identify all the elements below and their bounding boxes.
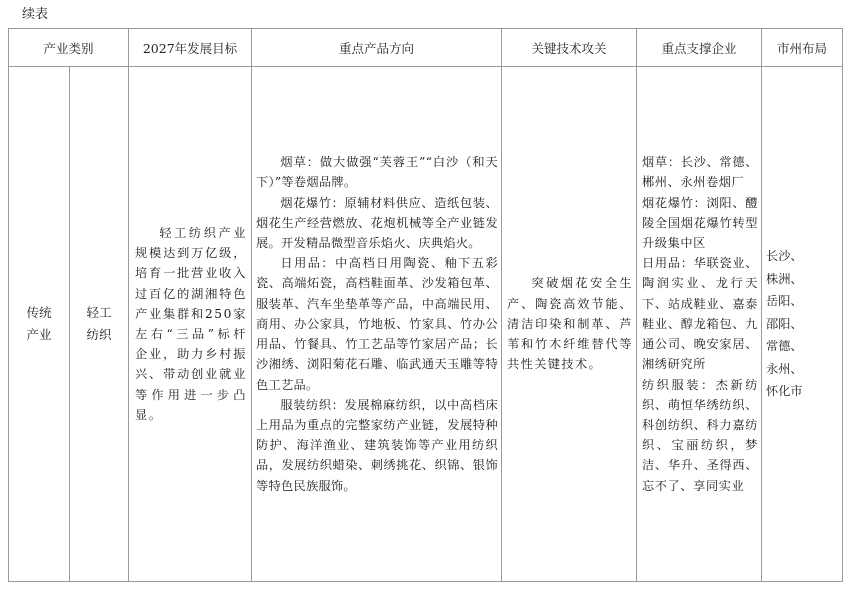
header-key-tech: 关键技术攻关 xyxy=(502,29,637,67)
header-category: 产业类别 xyxy=(9,29,129,67)
category-sub-line: 纺织 xyxy=(70,324,128,346)
category-main-line: 产业 xyxy=(9,324,69,346)
category-sub-line: 轻工 xyxy=(70,302,128,324)
product-paragraph-fireworks: 烟花爆竹：原辅材料供应、造纸包装、烟花生产经营燃放、花炮机械等全产业链发展。开发… xyxy=(256,193,498,254)
table-header-row: 产业类别 2027年发展目标 重点产品方向 关键技术攻关 重点支撑企业 市州布局 xyxy=(9,29,843,67)
key-tech-cell: 突破烟花安全生产、陶瓷高效节能、清洁印染和制革、芦苇和竹木纤维替代等共性关键技术… xyxy=(502,67,637,582)
key-tech-text: 突破烟花安全生产、陶瓷高效节能、清洁印染和制革、芦苇和竹木纤维替代等共性关键技术… xyxy=(507,273,633,374)
enterprises-cell: 烟草：长沙、常德、郴州、永州卷烟厂 烟花爆竹：浏阳、醴陵全国烟花爆竹转型升级集中… xyxy=(637,67,762,582)
city-item: 常德、 xyxy=(766,335,840,358)
enterprise-group-textiles: 纺织服装：杰新纺织、萌恒华绣纺织、科创纺织、科力嘉纺织、宝丽纺织，梦洁、华升、圣… xyxy=(642,375,758,496)
industry-table: 产业类别 2027年发展目标 重点产品方向 关键技术攻关 重点支撑企业 市州布局… xyxy=(8,28,843,582)
category-main-line: 传统 xyxy=(9,302,69,324)
enterprise-group-daily-goods: 日用品：华联瓷业、陶润实业、龙行天下、站成鞋业、嘉泰鞋业、醇龙箱包、九通公司、晚… xyxy=(642,253,758,374)
products-cell: 烟草：做大做强“芙蓉王”“白沙（和天下）”等卷烟品牌。 烟花爆竹：原辅材料供应、… xyxy=(252,67,502,582)
header-goal-2027: 2027年发展目标 xyxy=(129,29,252,67)
table-caption: 续表 xyxy=(22,3,48,22)
enterprise-group-fireworks: 烟花爆竹：浏阳、醴陵全国烟花爆竹转型升级集中区 xyxy=(642,193,758,254)
city-item: 长沙、 xyxy=(766,245,840,268)
product-paragraph-textiles: 服装纺织：发展棉麻纺织，以中高档床上用品为重点的完整家纺产业链，发展特种防护、海… xyxy=(256,395,498,496)
category-sub-cell: 轻工 纺织 xyxy=(70,67,129,582)
cities-cell: 长沙、 株洲、 岳阳、 邵阳、 常德、 永州、 怀化市 xyxy=(762,67,843,582)
header-enterprises: 重点支撑企业 xyxy=(637,29,762,67)
product-paragraph-daily-goods: 日用品：中高档日用陶瓷、釉下五彩瓷、高端炻瓷，高档鞋面革、沙发箱包革、服装革、汽… xyxy=(256,253,498,394)
city-item: 株洲、 xyxy=(766,268,840,291)
city-item: 永州、 xyxy=(766,358,840,381)
city-item: 岳阳、 xyxy=(766,290,840,313)
category-main-cell: 传统 产业 xyxy=(9,67,70,582)
city-item: 怀化市 xyxy=(766,380,840,403)
header-cities: 市州布局 xyxy=(762,29,843,67)
enterprise-group-tobacco: 烟草：长沙、常德、郴州、永州卷烟厂 xyxy=(642,152,758,192)
goal-2027-cell: 轻工纺织产业规模达到万亿级，培育一批营业收入过百亿的湖湘特色产业集群和250家左… xyxy=(129,67,252,582)
city-item: 邵阳、 xyxy=(766,313,840,336)
header-products: 重点产品方向 xyxy=(252,29,502,67)
goal-2027-text: 轻工纺织产业规模达到万亿级，培育一批营业收入过百亿的湖湘特色产业集群和250家左… xyxy=(135,223,247,425)
table-row: 传统 产业 轻工 纺织 轻工纺织产业规模达到万亿级，培育一批营业收入过百亿的湖湘… xyxy=(9,67,843,582)
product-paragraph-tobacco: 烟草：做大做强“芙蓉王”“白沙（和天下）”等卷烟品牌。 xyxy=(256,152,498,192)
